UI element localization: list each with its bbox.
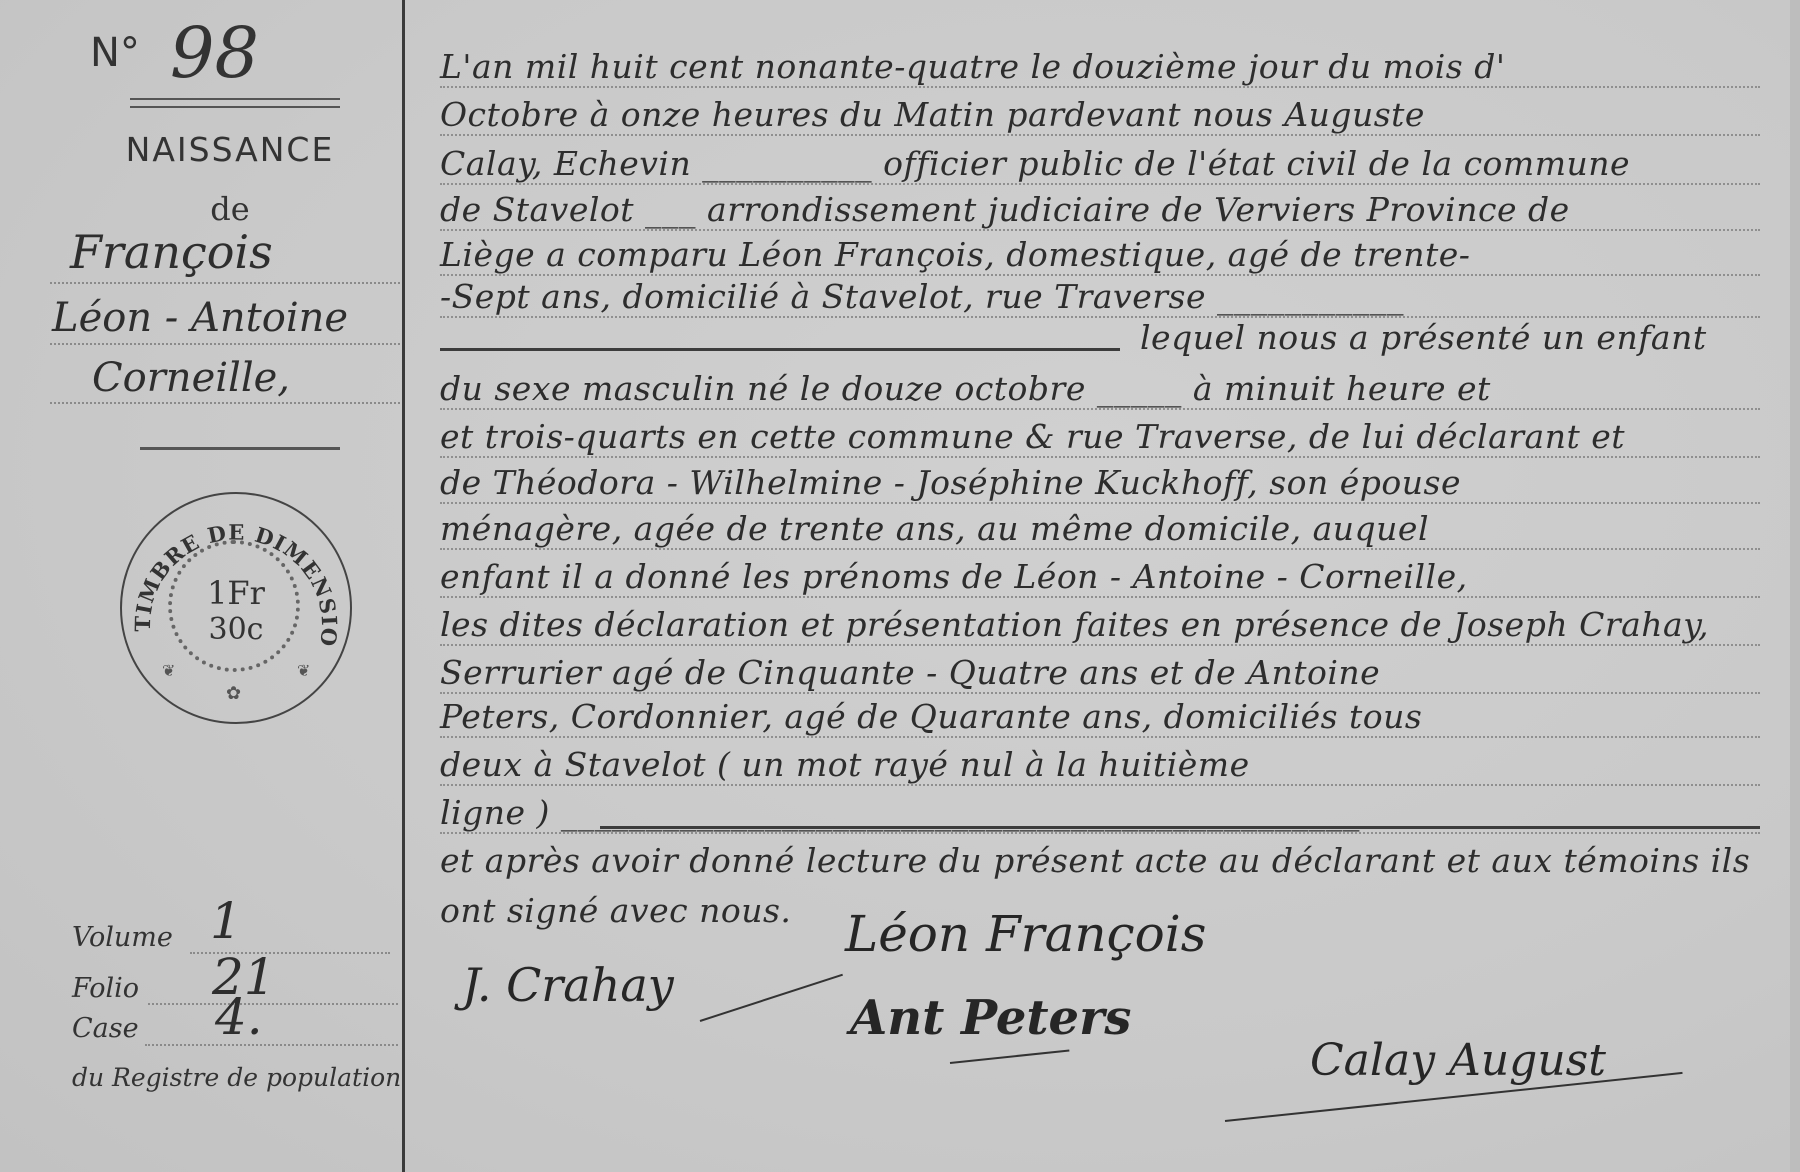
- volume-value: 1: [210, 892, 242, 950]
- svg-text:❦: ❦: [162, 661, 175, 680]
- body-line-5: Liège a comparu Léon François, domestiqu…: [440, 234, 1760, 282]
- body-line-4: de Stavelot ___ arrondissement judiciair…: [440, 189, 1760, 237]
- fill-rule: [440, 348, 1120, 351]
- subject-given-names-1: Léon - Antoine: [52, 295, 348, 341]
- body-line-10: de Théodora - Wilhelmine - Joséphine Kuc…: [440, 462, 1760, 510]
- body-line-9: et trois-quarts en cette commune & rue T…: [440, 416, 1760, 464]
- body-line-3: Calay, Echevin __________ officier publi…: [440, 143, 1760, 191]
- signature-witness-crahay: J. Crahay: [462, 958, 674, 1012]
- record-number-label: N°: [90, 30, 140, 76]
- stamp-value-francs: 1Fr: [122, 574, 350, 612]
- register-footer: du Registre de population: [72, 1063, 401, 1092]
- fill-rule: [600, 826, 1760, 829]
- body-line-15: Peters, Cordonnier, agé de Quarante ans,…: [440, 696, 1760, 744]
- act-type-de: de: [100, 190, 360, 228]
- body-line-2: Octobre à onze heures du Matin pardevant…: [440, 94, 1760, 142]
- dotted-guide: [145, 1044, 398, 1046]
- signature-flourish: [700, 974, 843, 1022]
- body-line-14: Serrurier agé de Cinquante - Quatre ans …: [440, 652, 1760, 700]
- page-edge: [1790, 0, 1800, 1172]
- volume-label: Volume: [72, 922, 173, 953]
- act-type-title: NAISSANCE: [100, 130, 360, 169]
- record-number: 98: [170, 12, 259, 94]
- body-line-1: L'an mil huit cent nonante-quatre le dou…: [440, 46, 1760, 94]
- dotted-guide: [50, 282, 400, 284]
- signature-officer: Calay August: [1310, 1035, 1606, 1086]
- rule: [140, 447, 340, 450]
- body-line-8: du sexe masculin né le douze octobre ___…: [440, 368, 1760, 416]
- body-line-13: les dites déclaration et présentation fa…: [440, 604, 1760, 652]
- body-line-7: lequel nous a présenté un enfant: [1140, 317, 1760, 365]
- body-line-16: deux à Stavelot ( un mot rayé nul à la h…: [440, 744, 1760, 792]
- body-line-11: ménagère, agée de trente ans, au même do…: [440, 508, 1760, 556]
- tax-stamp: TIMBRE DE DIMENSION ❦ ❦ ✿ 1Fr 30c: [120, 492, 352, 724]
- body-line-17: ligne ) ________________________________…: [440, 792, 1760, 840]
- signature-witness-peters: Ant Peters: [850, 990, 1131, 1046]
- case-label: Case: [72, 1013, 139, 1044]
- dotted-guide: [50, 402, 400, 404]
- signature-declarant: Léon François: [845, 905, 1206, 963]
- dotted-guide: [148, 1003, 398, 1005]
- double-rule: [130, 98, 340, 108]
- signature-underline: [950, 1049, 1070, 1064]
- svg-text:❦: ❦: [297, 661, 310, 680]
- folio-label: Folio: [72, 973, 139, 1004]
- birth-record-page: N° 98 NAISSANCE de François Léon - Antoi…: [0, 0, 1800, 1172]
- stamp-value-centimes: 30c: [122, 612, 350, 647]
- margin-divider: [402, 0, 405, 1172]
- body-line-18: et après avoir donné lecture du présent …: [440, 840, 1760, 888]
- dotted-guide: [50, 343, 400, 345]
- body-line-12: enfant il a donné les prénoms de Léon - …: [440, 556, 1760, 604]
- subject-given-names-2: Corneille,: [92, 355, 290, 401]
- subject-surname: François: [70, 225, 273, 279]
- case-value: 4.: [215, 988, 263, 1046]
- svg-text:✿: ✿: [226, 683, 241, 704]
